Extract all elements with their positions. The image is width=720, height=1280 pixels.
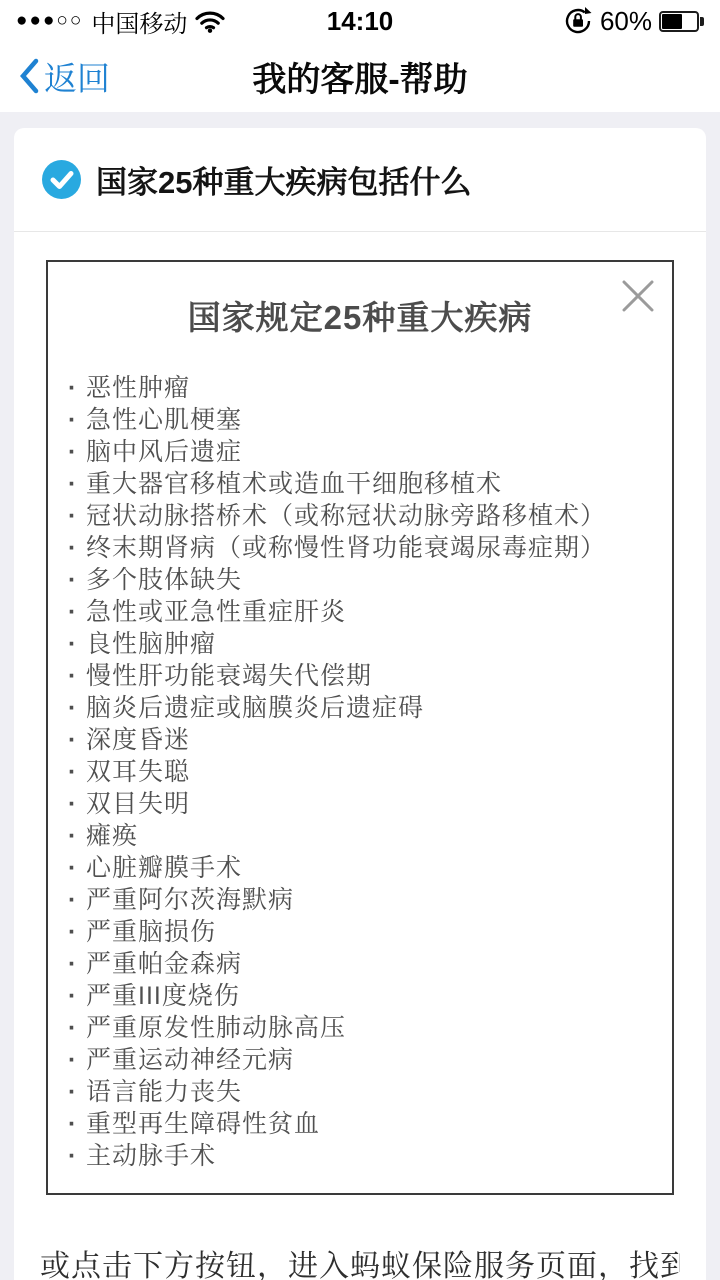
help-article-card: 国家25种重大疾病包括什么 国家规定25种重大疾病 恶性肿瘤 急性心肌梗塞 脑中… xyxy=(14,128,706,1280)
disease-item: 恶性肿瘤 xyxy=(68,372,672,404)
disease-item: 急性或亚急性重症肝炎 xyxy=(68,596,672,628)
question-title: 国家25种重大疾病包括什么 xyxy=(96,157,471,202)
disease-item: 双耳失聪 xyxy=(68,756,672,788)
disease-item: 终末期肾病（或称慢性肾功能衰竭尿毒症期） xyxy=(68,532,672,564)
disease-item: 主动脉手术 xyxy=(68,1140,672,1172)
orientation-lock-icon xyxy=(563,6,593,36)
dialog-title: 国家规定25种重大疾病 xyxy=(48,292,672,339)
status-bar: ●●●○○ 中国移动 14:10 60% xyxy=(0,0,720,40)
disease-item: 语言能力丧失 xyxy=(68,1076,672,1108)
disease-item: 脑炎后遗症或脑膜炎后遗症碍 xyxy=(68,692,672,724)
checkmark-icon xyxy=(42,160,81,199)
signal-strength-icon: ●●●○○ xyxy=(16,10,83,32)
disease-item: 心脏瓣膜手术 xyxy=(68,852,672,884)
disease-item: 多个肢体缺失 xyxy=(68,564,672,596)
disease-item: 重大器官移植术或造血干细胞移植术 xyxy=(68,468,672,500)
battery-icon xyxy=(659,11,704,32)
disease-item: 瘫痪 xyxy=(68,820,672,852)
disease-item: 重型再生障碍性贫血 xyxy=(68,1108,672,1140)
disease-item: 脑中风后遗症 xyxy=(68,436,672,468)
disease-item: 严重原发性肺动脉高压 xyxy=(68,1012,672,1044)
footer-instruction: 或点击下方按钮，进入蚂蚁保险服务页面，找到大病无 xyxy=(40,1241,680,1280)
carrier-label: 中国移动 xyxy=(91,4,187,39)
disease-item: 双目失明 xyxy=(68,788,672,820)
disease-item: 急性心肌梗塞 xyxy=(68,404,672,436)
disease-dialog: 国家规定25种重大疾病 恶性肿瘤 急性心肌梗塞 脑中风后遗症 重大器官移植术或造… xyxy=(46,260,674,1195)
nav-bar: 我的客服-帮助 返回 xyxy=(0,40,720,112)
disease-list: 恶性肿瘤 急性心肌梗塞 脑中风后遗症 重大器官移植术或造血干细胞移植术 冠状动脉… xyxy=(48,372,672,1172)
disease-item: 深度昏迷 xyxy=(68,724,672,756)
question-header: 国家25种重大疾病包括什么 xyxy=(14,128,706,232)
back-button[interactable]: 返回 xyxy=(18,53,110,100)
battery-percent-label: 60% xyxy=(600,6,652,37)
back-button-label: 返回 xyxy=(44,53,110,100)
disease-item: 严重III度烧伤 xyxy=(68,980,672,1012)
disease-item: 严重帕金森病 xyxy=(68,948,672,980)
disease-item: 冠状动脉搭桥术（或称冠状动脉旁路移植术） xyxy=(68,500,672,532)
wifi-icon xyxy=(195,10,225,33)
disease-item: 严重阿尔茨海默病 xyxy=(68,884,672,916)
disease-item: 慢性肝功能衰竭失代偿期 xyxy=(68,660,672,692)
disease-item: 严重运动神经元病 xyxy=(68,1044,672,1076)
disease-item: 良性脑肿瘤 xyxy=(68,628,672,660)
close-icon[interactable] xyxy=(618,276,658,316)
chevron-left-icon xyxy=(18,58,40,94)
disease-item: 严重脑损伤 xyxy=(68,916,672,948)
